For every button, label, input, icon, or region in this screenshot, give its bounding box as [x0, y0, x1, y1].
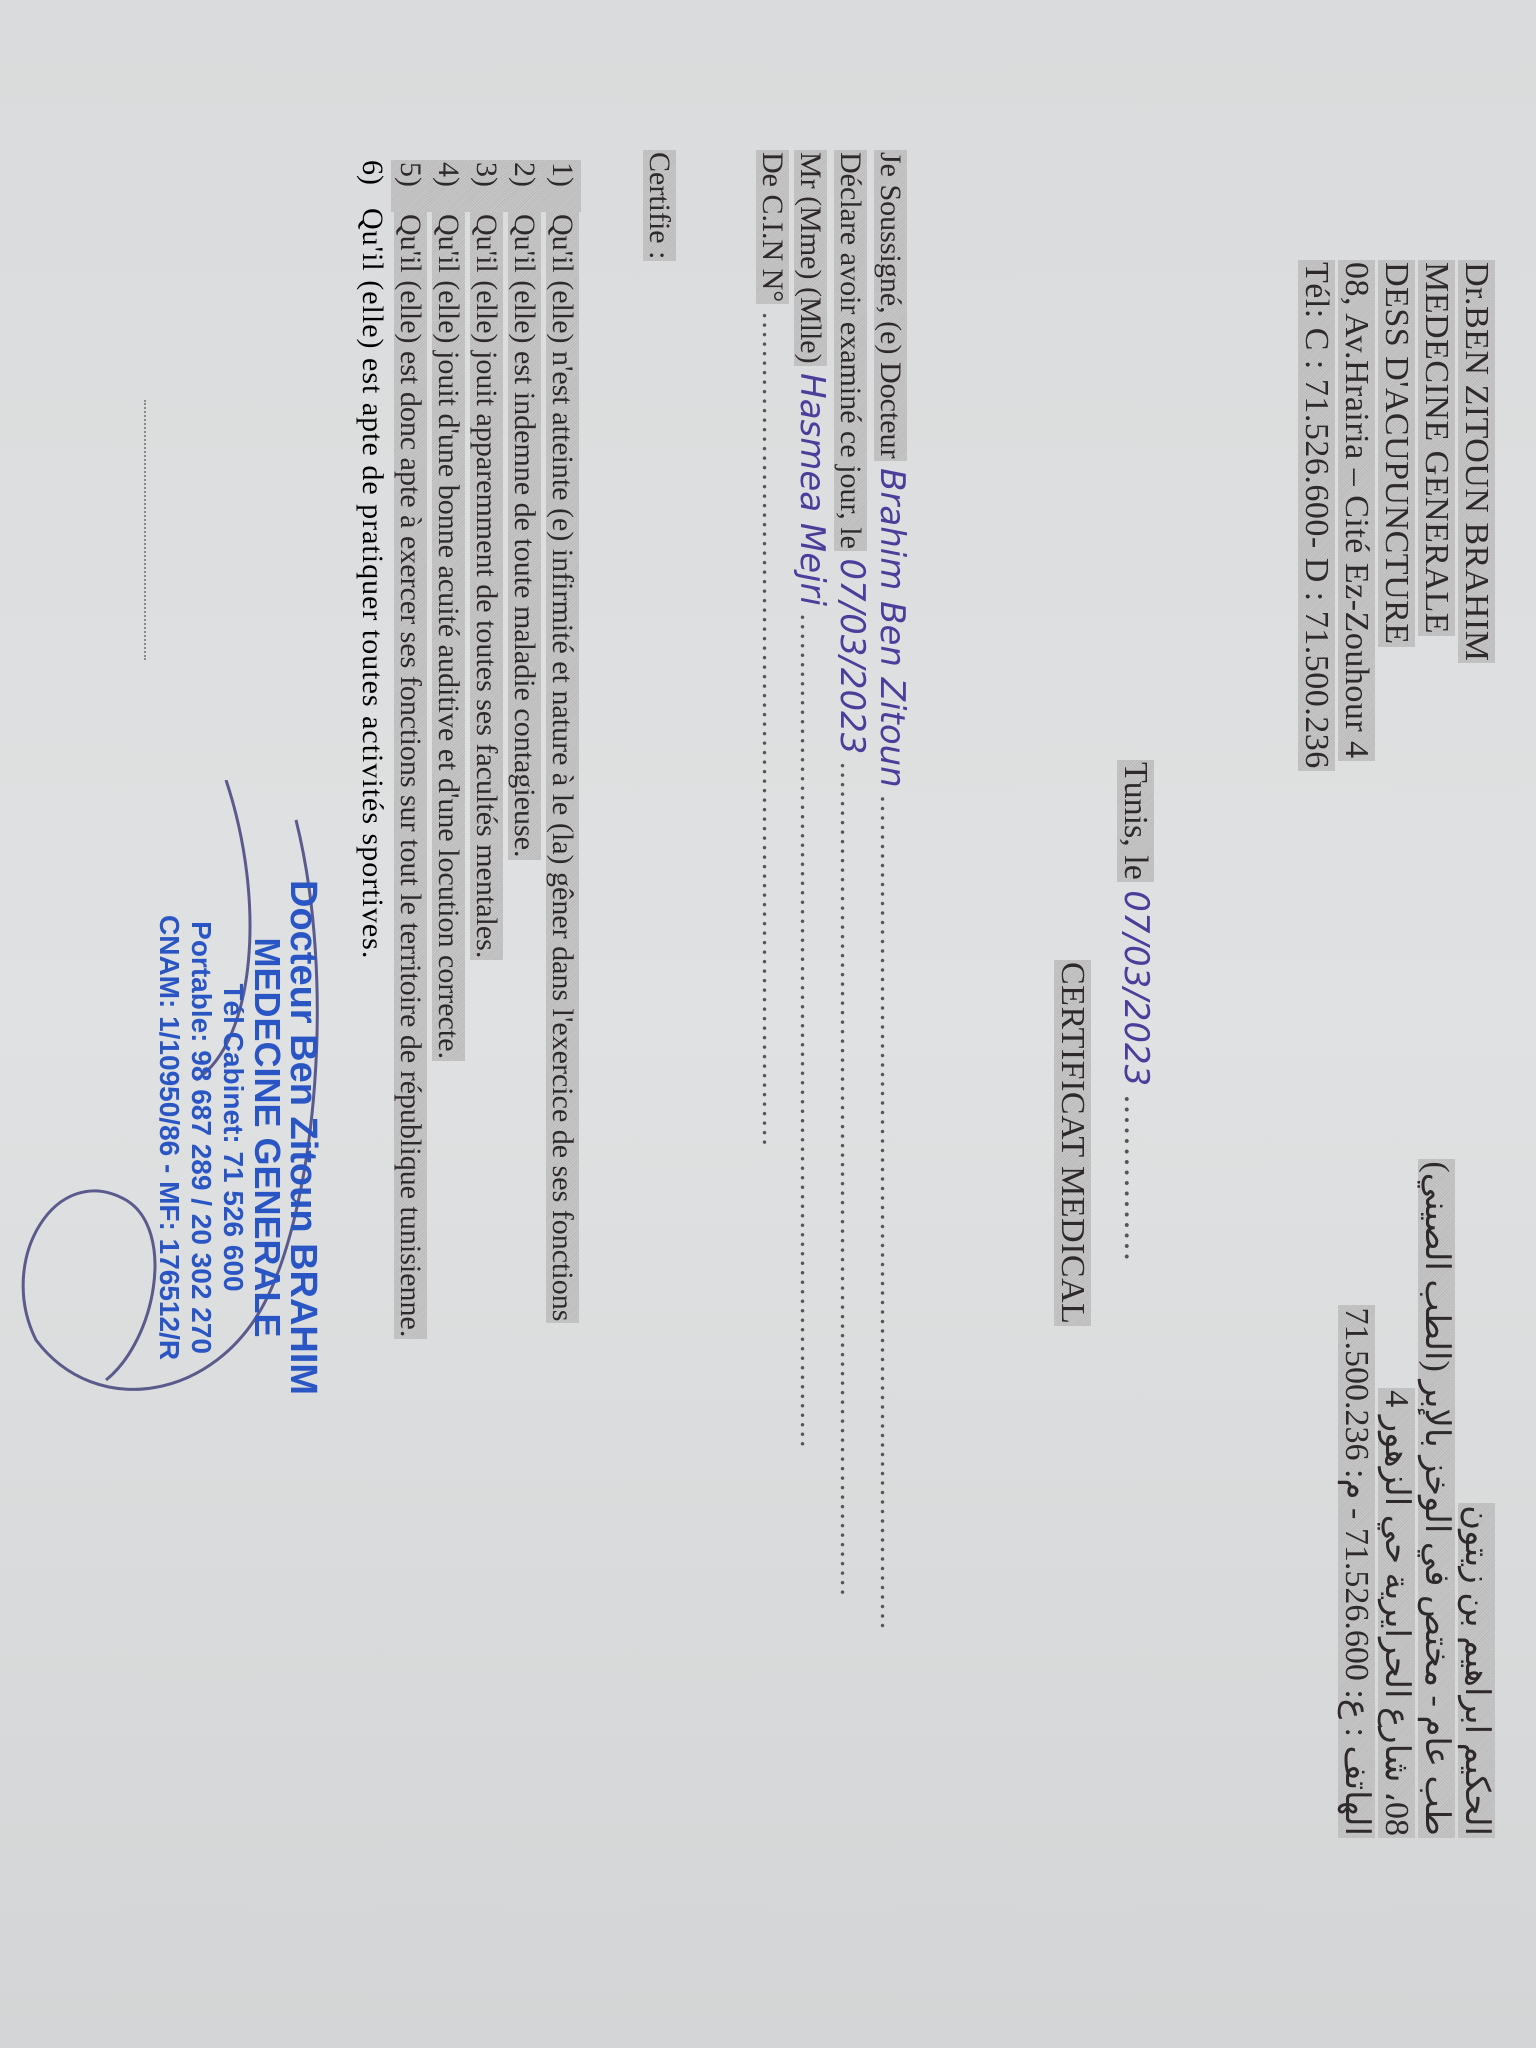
doctor-name-arabic: الحكيم ابراهيم بن زيتون [1458, 1503, 1495, 1838]
stamp-mobile: Portable: 98 687 289 / 20 302 270 [185, 880, 217, 1395]
certification-list: 1)Qu'il (elle) n'est atteinte (e) infirm… [353, 160, 581, 1339]
date-dots: ................ [1117, 1095, 1154, 1263]
exam-date-line: Déclare avoir examiné ce jour, le 07/03/… [831, 150, 871, 1631]
phone: Tél: C : 71.526.600- D : 71.500.236 [1298, 260, 1335, 771]
address: 08, Av.Hrairia – Cité Ez-Zouhour 4 [1338, 260, 1375, 761]
item-text: Qu'il (elle) est donc apte à exercer ses… [394, 212, 427, 1339]
specialty-arabic: طب عام - مختص في الوخز بالإبر (الطب الصي… [1418, 1159, 1455, 1838]
doctor-handwritten: Brahim Ben Zitoun [872, 468, 912, 788]
signature-dotted-line [144, 400, 146, 660]
document-title: CERTIFICAT MEDICAL [1053, 960, 1091, 1326]
stamp-doctor-name: Docteur Ben Zitoun BRAHIM [285, 880, 321, 1395]
title-text: CERTIFICAT MEDICAL [1054, 960, 1091, 1326]
patient-handwritten: Hasmea Mejri [792, 373, 832, 606]
item-number: 1) [543, 160, 581, 212]
cin-line: De C.I.N N° ............................… [753, 150, 791, 1631]
patient-line: Mr (Mme) (Mlle) Hasmea Mejri ...........… [791, 150, 831, 1631]
dots: ........................................… [834, 762, 867, 1598]
exam-date-handwritten: 07/03/2023 [832, 558, 872, 754]
item-text: Qu'il (elle) jouit d'une bonne acuité au… [432, 212, 465, 1061]
doctor-name: Dr.BEN ZITOUN BRAHIM [1458, 260, 1495, 663]
header-right-arabic: الحكيم ابراهيم بن زيتون طب عام - مختص في… [1336, 1159, 1496, 1838]
phone-arabic: الهاتف : ع: 71.526.600 - م: 71.500.236 [1338, 1305, 1375, 1838]
item-text: Qu'il (elle) est apte de pratiquer toute… [356, 208, 389, 959]
medical-certificate-page: Dr.BEN ZITOUN BRAHIM MEDECINE GENERALE D… [0, 0, 1536, 2048]
doctor-label: Je Soussigné, (e) Docteur [874, 150, 907, 461]
item-text: Qu'il (elle) jouit apparemment de toutes… [470, 212, 503, 960]
doctor-line: Je Soussigné, (e) Docteur Brahim Ben Zit… [871, 150, 911, 1631]
stamp-specialty: MEDECINE GENERALE [249, 880, 285, 1395]
dots: ........................................… [874, 795, 907, 1631]
declaration-block: Je Soussigné, (e) Docteur Brahim Ben Zit… [753, 150, 911, 1631]
list-item: 5)Qu'il (elle) est donc apte à exercer s… [391, 160, 429, 1339]
address-arabic: 08، شارع الحرايرية حي الزهور 4 [1378, 1388, 1415, 1838]
item-number: 3) [467, 160, 505, 212]
item-text: Qu'il (elle) est indemne de toute maladi… [508, 212, 541, 860]
list-item: 3)Qu'il (elle) jouit apparemment de tout… [467, 160, 505, 1339]
date-label: Tunis, le [1117, 760, 1154, 882]
handwritten-date: 07/03/2023 [1116, 890, 1156, 1086]
list-item: 6)Qu'il (elle) est apte de pratiquer tou… [353, 160, 391, 1339]
specialty: MEDECINE GENERALE [1418, 260, 1455, 636]
certifie-text: Certifie : [643, 150, 676, 261]
item-number: 5) [391, 160, 429, 212]
cin-label: De C.I.N N° [756, 150, 789, 304]
item-text: Qu'il (elle) n'est atteinte (e) infirmit… [546, 212, 579, 1323]
list-item: 1)Qu'il (elle) n'est atteinte (e) infirm… [543, 160, 581, 1339]
item-number: 4) [429, 160, 467, 212]
header-left-french: Dr.BEN ZITOUN BRAHIM MEDECINE GENERALE D… [1296, 260, 1496, 771]
exam-date-label: Déclare avoir examiné ce jour, le [834, 150, 867, 551]
stamp-cnam: CNAM: 1/10950/86 - MF: 176512/R [153, 880, 185, 1395]
item-number: 6) [353, 160, 391, 208]
date-line: Tunis, le 07/03/2023 ................ [1116, 760, 1156, 1263]
patient-label: Mr (Mme) (Mlle) [794, 150, 827, 366]
dots: ........................................… [794, 614, 827, 1450]
list-item: 2)Qu'il (elle) est indemne de toute mala… [505, 160, 543, 1339]
stamp-phone: Tél Cabinet: 71 526 600 [217, 880, 249, 1395]
doctor-stamp: Docteur Ben Zitoun BRAHIM MEDECINE GENER… [153, 880, 321, 1395]
certifie-heading: Certifie : [642, 150, 676, 261]
list-item: 4)Qu'il (elle) jouit d'une bonne acuité … [429, 160, 467, 1339]
dots: ........................................… [756, 312, 789, 1148]
diploma: DESS D'ACUPUNCTURE [1378, 260, 1415, 647]
item-number: 2) [505, 160, 543, 212]
